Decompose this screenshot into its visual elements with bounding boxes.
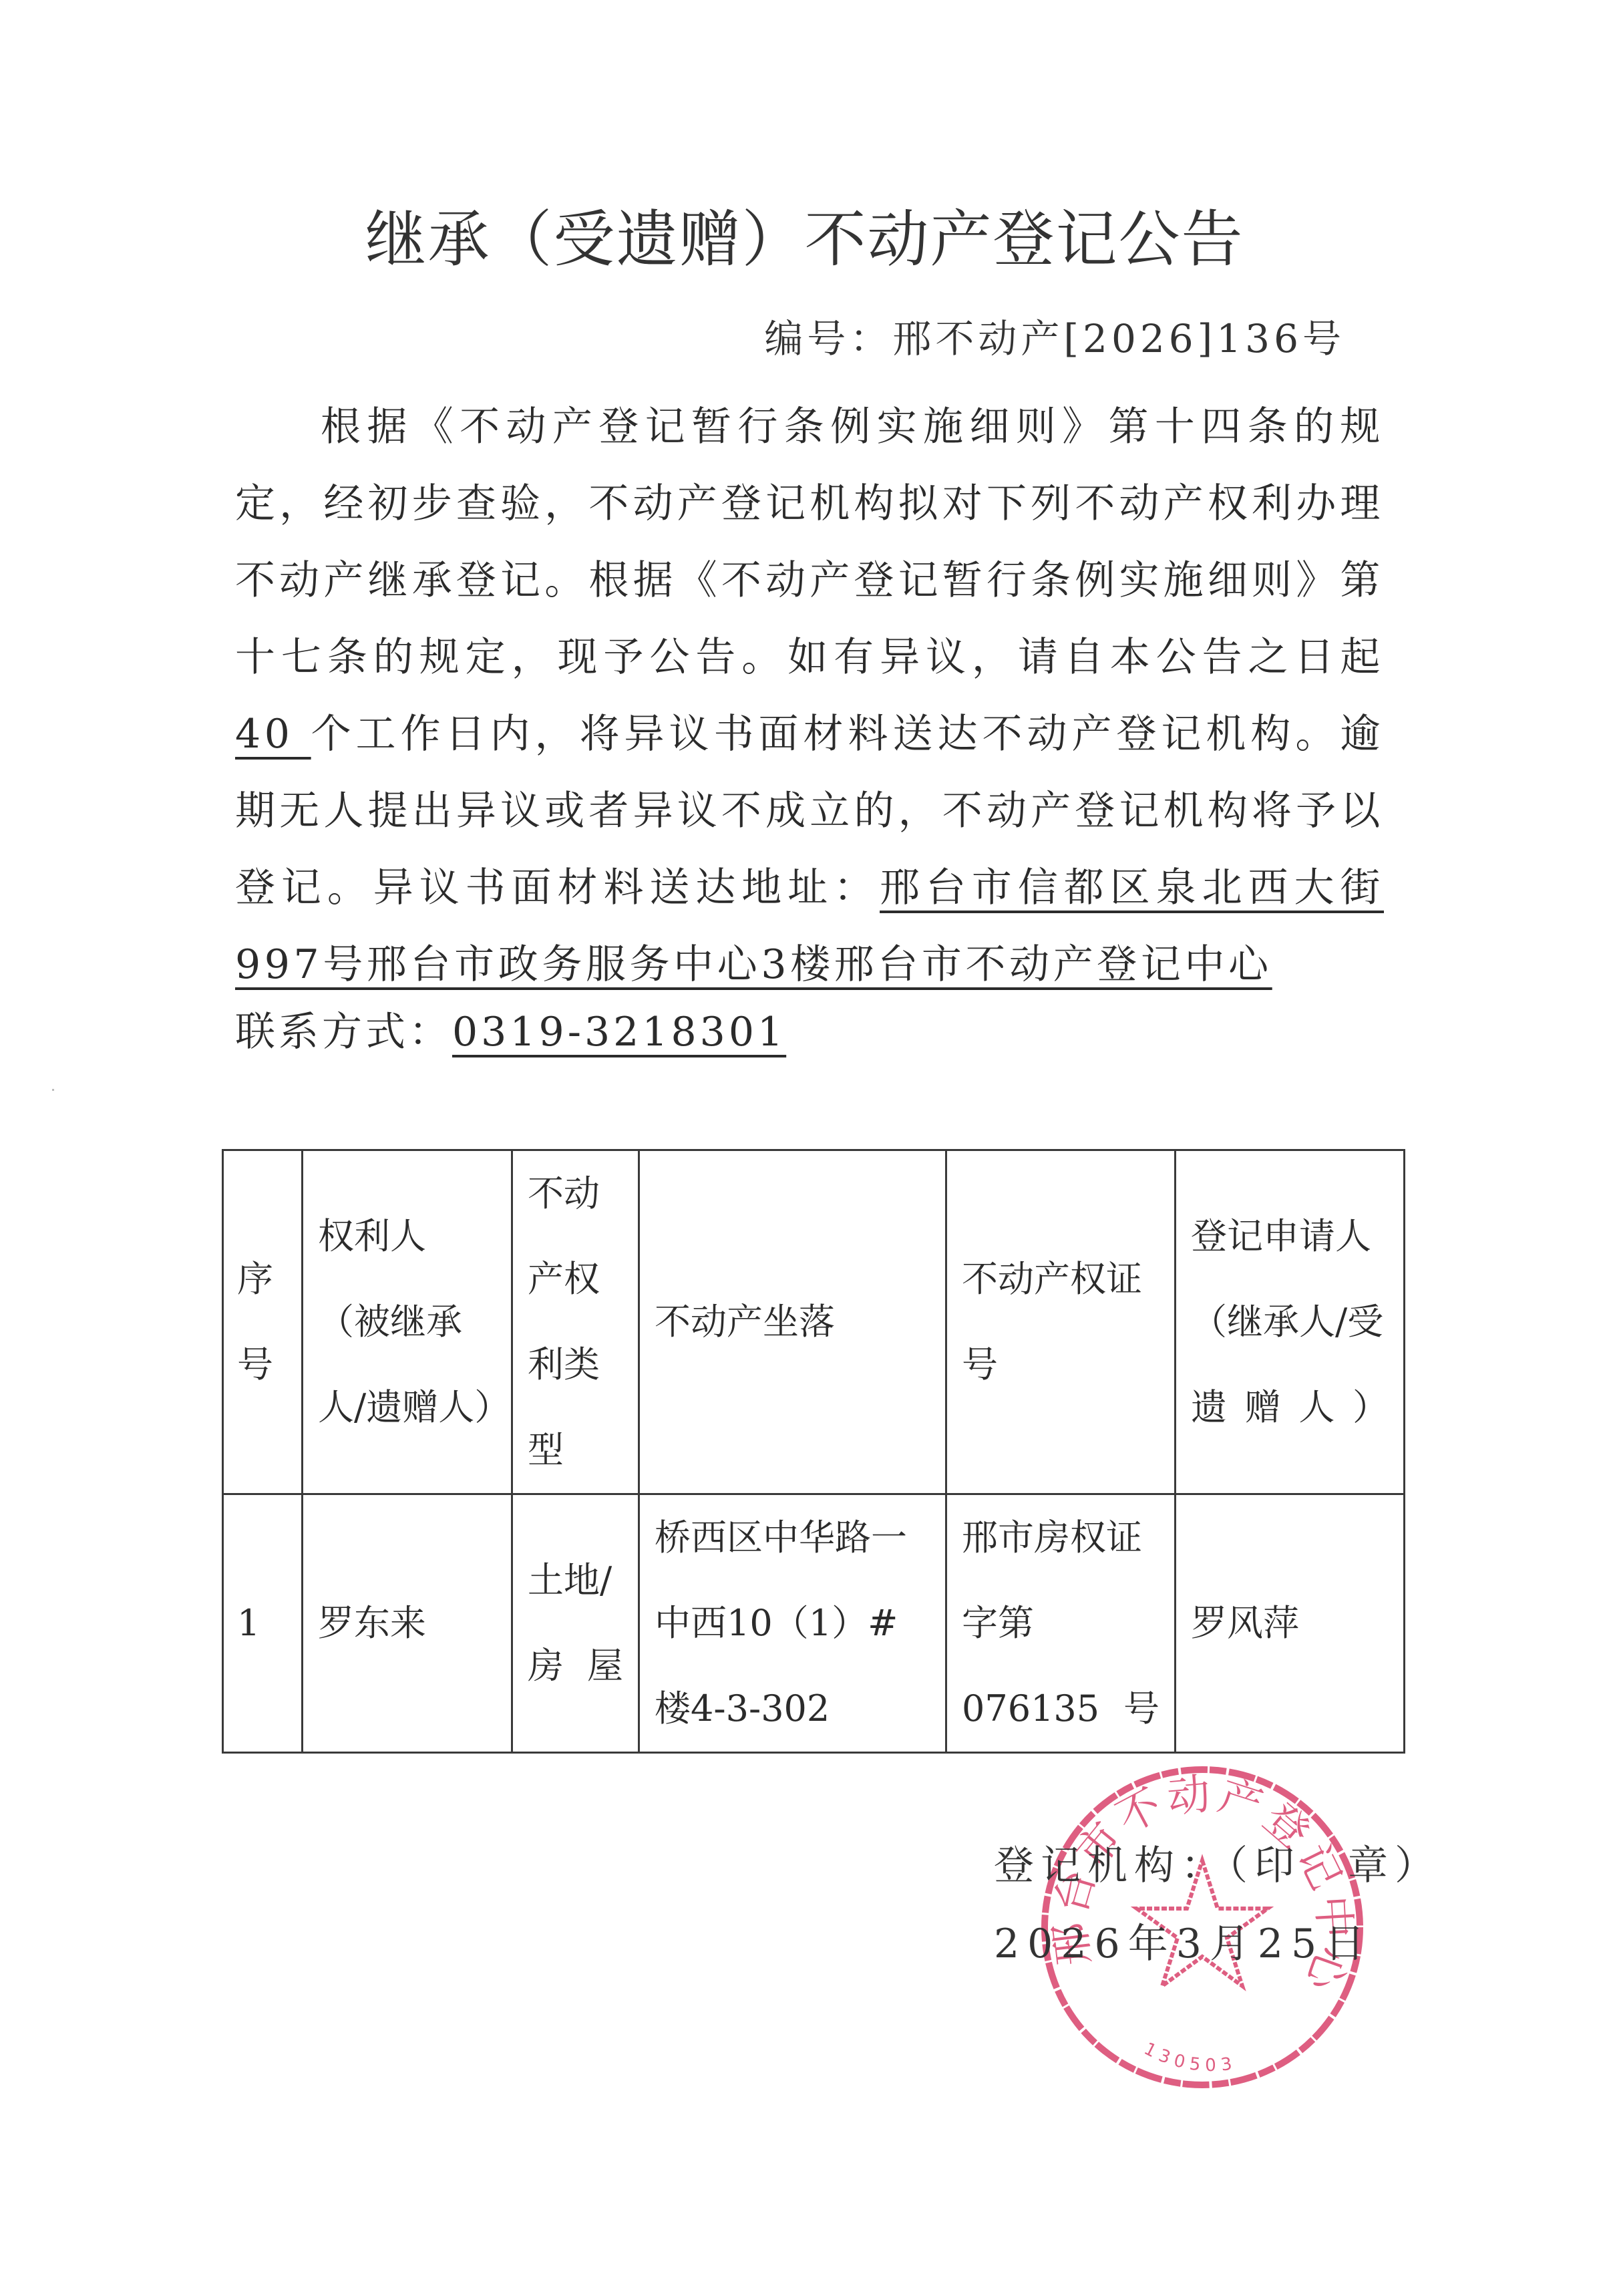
header-location: 不动产坐落 bbox=[639, 1150, 946, 1494]
header-index: 序号 bbox=[223, 1150, 303, 1494]
contact-label: 联系方式： bbox=[235, 1009, 452, 1055]
objection-days: 40 bbox=[235, 711, 311, 758]
table-row: 1 罗东来 土地/房屋 桥西区中华路一中西10（1）#楼4-3-302 邢市房权… bbox=[223, 1494, 1405, 1753]
header-right-holder: 权利人（被继承人/遗赠人） bbox=[303, 1150, 512, 1494]
notice-paragraph: 根据《不动产登记暂行条例实施细则》第十四条的规定，经初步查验，不动产登记机构拟对… bbox=[235, 389, 1384, 1003]
table-header-row: 序号 权利人（被继承人/遗赠人） 不动产权利类型 不动产坐落 不动产权证号 登记… bbox=[223, 1150, 1405, 1494]
page-title: 继承（受遗赠）不动产登记公告 bbox=[0, 190, 1609, 279]
document-number-value: 邢不动产[2026]136号 bbox=[892, 316, 1345, 361]
announcement-date: 2026年3月25日 bbox=[994, 1912, 1373, 1969]
cell-applicant: 罗风萍 bbox=[1176, 1494, 1405, 1753]
contact-line: 联系方式：0319-3218301 bbox=[235, 1000, 786, 1057]
cell-location: 桥西区中华路一中西10（1）#楼4-3-302 bbox=[639, 1494, 946, 1753]
notice-text-part1: 根据《不动产登记暂行条例实施细则》第十四条的规定，经初步查验，不动产登记机构拟对… bbox=[235, 403, 1384, 681]
cell-right-type: 土地/房屋 bbox=[512, 1494, 639, 1753]
document-number-label: 编号： bbox=[764, 316, 892, 361]
contact-phone: 0319-3218301 bbox=[452, 1009, 786, 1055]
document-number: 编号：邢不动产[2026]136号 bbox=[764, 307, 1345, 363]
header-certificate-no: 不动产权证号 bbox=[946, 1150, 1176, 1494]
cell-index: 1 bbox=[223, 1494, 303, 1753]
registration-org-signature: 登记机构：（印 章） bbox=[994, 1834, 1441, 1891]
header-right-type: 不动产权利类型 bbox=[512, 1150, 639, 1494]
scan-speck bbox=[52, 1089, 54, 1091]
svg-text:130503: 130503 bbox=[1141, 2039, 1239, 2076]
registration-table: 序号 权利人（被继承人/遗赠人） 不动产权利类型 不动产坐落 不动产权证号 登记… bbox=[222, 1149, 1405, 1754]
cell-right-holder: 罗东来 bbox=[303, 1494, 512, 1753]
cell-certificate-no: 邢市房权证字第076135号 bbox=[946, 1494, 1176, 1753]
header-applicant: 登记申请人（继承人/受遗赠人） bbox=[1176, 1150, 1405, 1494]
